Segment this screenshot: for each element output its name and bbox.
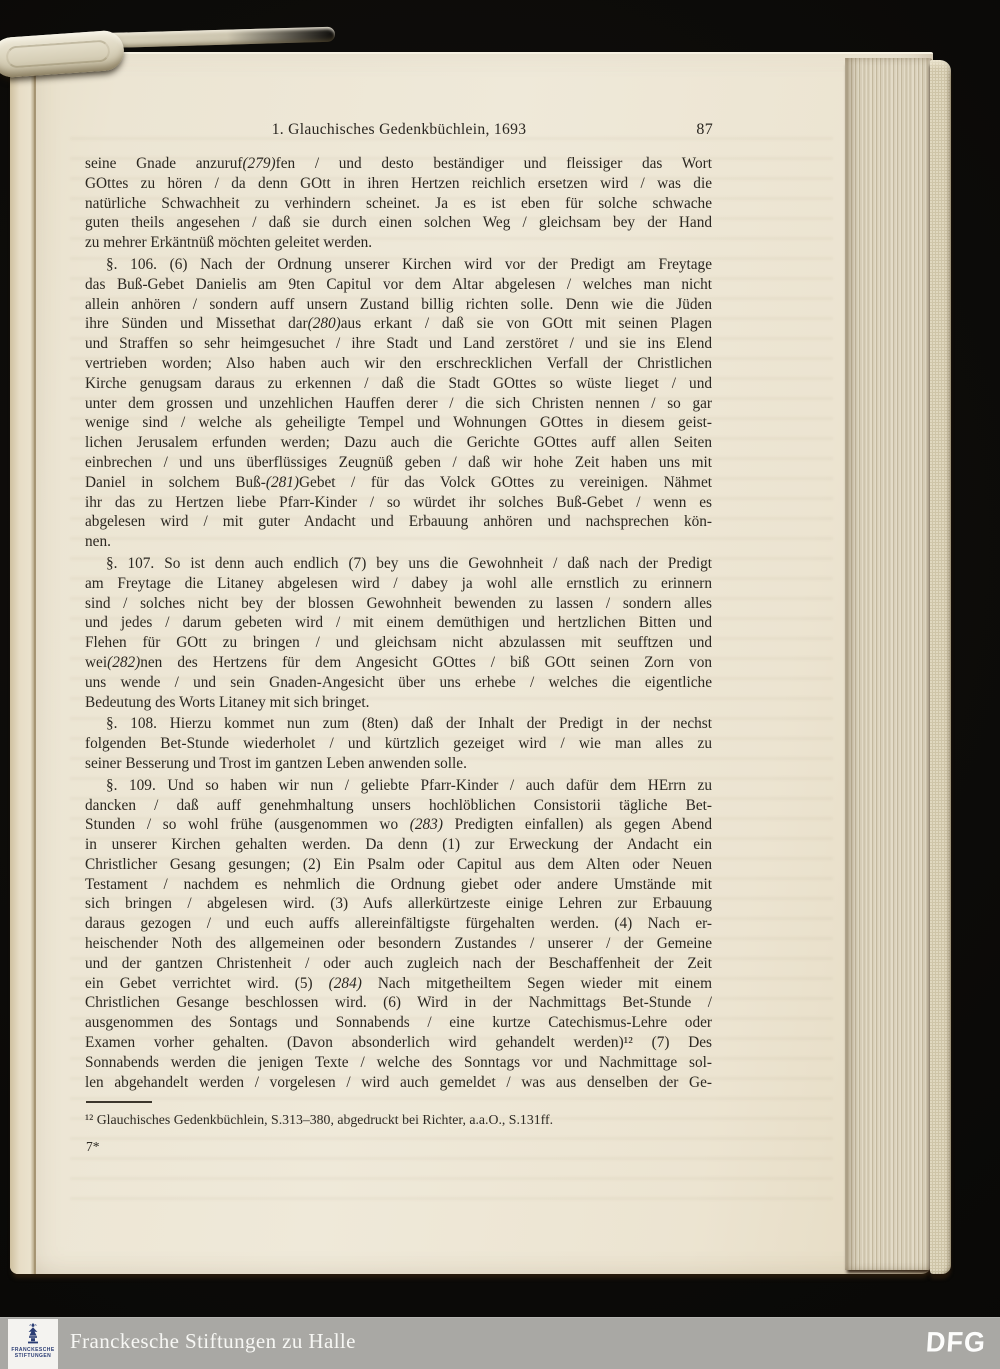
text-line: daraus gezogen / und euch auffs allerein…	[85, 914, 712, 934]
paragraph: §. 108. Hierzu kommet nun zum (8ten) daß…	[85, 714, 712, 773]
running-title: 1. Glauchisches Gedenkbüchlein, 1693	[85, 121, 713, 139]
paragraph: seine Gnade anzuruf(279)fen / und desto …	[85, 154, 712, 253]
text-line: §. 107. So ist denn auch endlich (7) bey…	[85, 554, 712, 574]
footer-bar: FRANCKESCHE STIFTUNGEN Franckesche Stift…	[0, 1317, 1000, 1369]
text-block: seine Gnade anzuruf(279)fen / und desto …	[85, 154, 712, 1092]
text-line: uns wende / und sein Gnaden-Angesicht üb…	[85, 673, 712, 693]
text-line: len abgehandelt werden / vorgelesen / wi…	[85, 1073, 712, 1093]
signature-mark: 7*	[86, 1139, 100, 1155]
text-line: lichen Jerusalem erfunden werden; Dazu a…	[85, 433, 712, 453]
text-line: in unserer Kirchen gehalten werden. Da d…	[85, 835, 712, 855]
text-line: und der gantzen Christenheit / oder auch…	[85, 954, 712, 974]
fore-edge-pages	[845, 58, 933, 1270]
text-line: natürliche Schwachheit zu verhindern sch…	[85, 194, 712, 214]
text-line: Christlichen Gesange beschlossen wird. (…	[85, 993, 712, 1013]
text-line: heischender Noth des allgemeinen oder be…	[85, 934, 712, 954]
text-line: Kirche genugsam daraus zu erkennen / daß…	[85, 374, 712, 394]
text-line: am Freytage die Litaney abgelesen wird /…	[85, 574, 712, 594]
text-line: sich bringen / abgelesen wird. (3) Aufs …	[85, 894, 712, 914]
text-line: wei(282)nen des Hertzens für dem Angesic…	[85, 653, 712, 673]
text-line: vertrieben worden; Also haben auch wir d…	[85, 354, 712, 374]
text-line: Testament / nachdem es nehmlich die Ordn…	[85, 875, 712, 895]
institution-name: Franckesche Stiftungen zu Halle	[70, 1317, 356, 1369]
eagle-sun-emblem-icon	[23, 1323, 43, 1345]
text-line: §. 109. Und so haben wir nun / geliebte …	[85, 776, 712, 796]
scan-background: 1. Glauchisches Gedenkbüchlein, 1693 87 …	[0, 0, 1000, 1369]
text-line: guten theils angesehen / daß sie durch e…	[85, 213, 712, 233]
text-line: Examen vorher gehalten. (Davon absonderl…	[85, 1033, 712, 1053]
text-line: allein anhören / sondern auff unsern Zus…	[85, 295, 712, 315]
text-line: Bedeutung des Worts Litaney mit sich bri…	[85, 693, 712, 713]
text-line: einbrechen / und uns überflüssiges Zeugn…	[85, 453, 712, 473]
text-line: §. 108. Hierzu kommet nun zum (8ten) daß…	[85, 714, 712, 734]
text-line: folgenden Bet-Stunde wiederholet / und k…	[85, 734, 712, 754]
text-line: ausgenommen des Sontags und Sonnabends /…	[85, 1013, 712, 1033]
text-line: zu mehrer Erkäntnüß möchten geleitet wer…	[85, 233, 712, 253]
text-line: ihr das zu Hertzen liebe Pfarr-Kinder / …	[85, 493, 712, 513]
text-line: GOttes zu hören / da denn GOtt in ihren …	[85, 174, 712, 194]
paragraph: §. 106. (6) Nach der Ordnung unserer Kir…	[85, 255, 712, 552]
footnote-rule	[86, 1101, 152, 1103]
text-line: ein Gebet verrichtet wird. (5) (284) Nac…	[85, 974, 712, 994]
text-line: das Buß-Gebet Danielis am 9ten Capitul v…	[85, 275, 712, 295]
book-cover-edge	[930, 60, 951, 1274]
institution-logo-caption: FRANCKESCHE STIFTUNGEN	[11, 1347, 54, 1359]
text-line: seine Gnade anzuruf(279)fen / und desto …	[85, 154, 712, 174]
text-line: und Straffen so sehr heimgesuchet / ihre…	[85, 334, 712, 354]
text-line: seiner Besserung und Trost im gantzen Le…	[85, 754, 712, 774]
text-line: Flehen für GOtt zu bringen / und gleichs…	[85, 633, 712, 653]
bookmark-ribbon-tail	[95, 27, 335, 49]
text-line: Sonnabends werden die jenigen Texte / we…	[85, 1053, 712, 1073]
text-line: und jedes / darum gebeten wird / mit ein…	[85, 613, 712, 633]
text-line: unter dem grossen und unzehlichen Hauffe…	[85, 394, 712, 414]
text-line: sind / solches nicht bey der blossen Gew…	[85, 594, 712, 614]
institution-logo: FRANCKESCHE STIFTUNGEN	[8, 1319, 58, 1369]
paragraph: §. 109. Und so haben wir nun / geliebte …	[85, 776, 712, 1093]
text-line: abgelesen wird / mit guter Andacht und E…	[85, 512, 712, 532]
footnote: ¹² Glauchisches Gedenkbüchlein, S.313–38…	[85, 1112, 712, 1128]
text-line: Christlicher Gesang gesungen; (2) Ein Ps…	[85, 855, 712, 875]
text-line: dancken / daß auff genehmhaltung unsers …	[85, 796, 712, 816]
text-line: §. 106. (6) Nach der Ordnung unserer Kir…	[85, 255, 712, 275]
text-line: nen.	[85, 532, 712, 552]
paragraph: §. 107. So ist denn auch endlich (7) bey…	[85, 554, 712, 712]
text-line: wenige sind / welche als geheiligte Temp…	[85, 413, 712, 433]
text-line: Daniel in solchem Buß-(281)Gebet / für d…	[85, 473, 712, 493]
page-header: 1. Glauchisches Gedenkbüchlein, 1693 87	[85, 121, 713, 143]
text-line: ihre Sünden und Missethat dar(280)aus er…	[85, 314, 712, 334]
page-number: 87	[696, 121, 713, 139]
dfg-logo: DFG	[925, 1326, 987, 1358]
text-line: Stunden / so wohl frühe (ausgenommen wo …	[85, 815, 712, 835]
